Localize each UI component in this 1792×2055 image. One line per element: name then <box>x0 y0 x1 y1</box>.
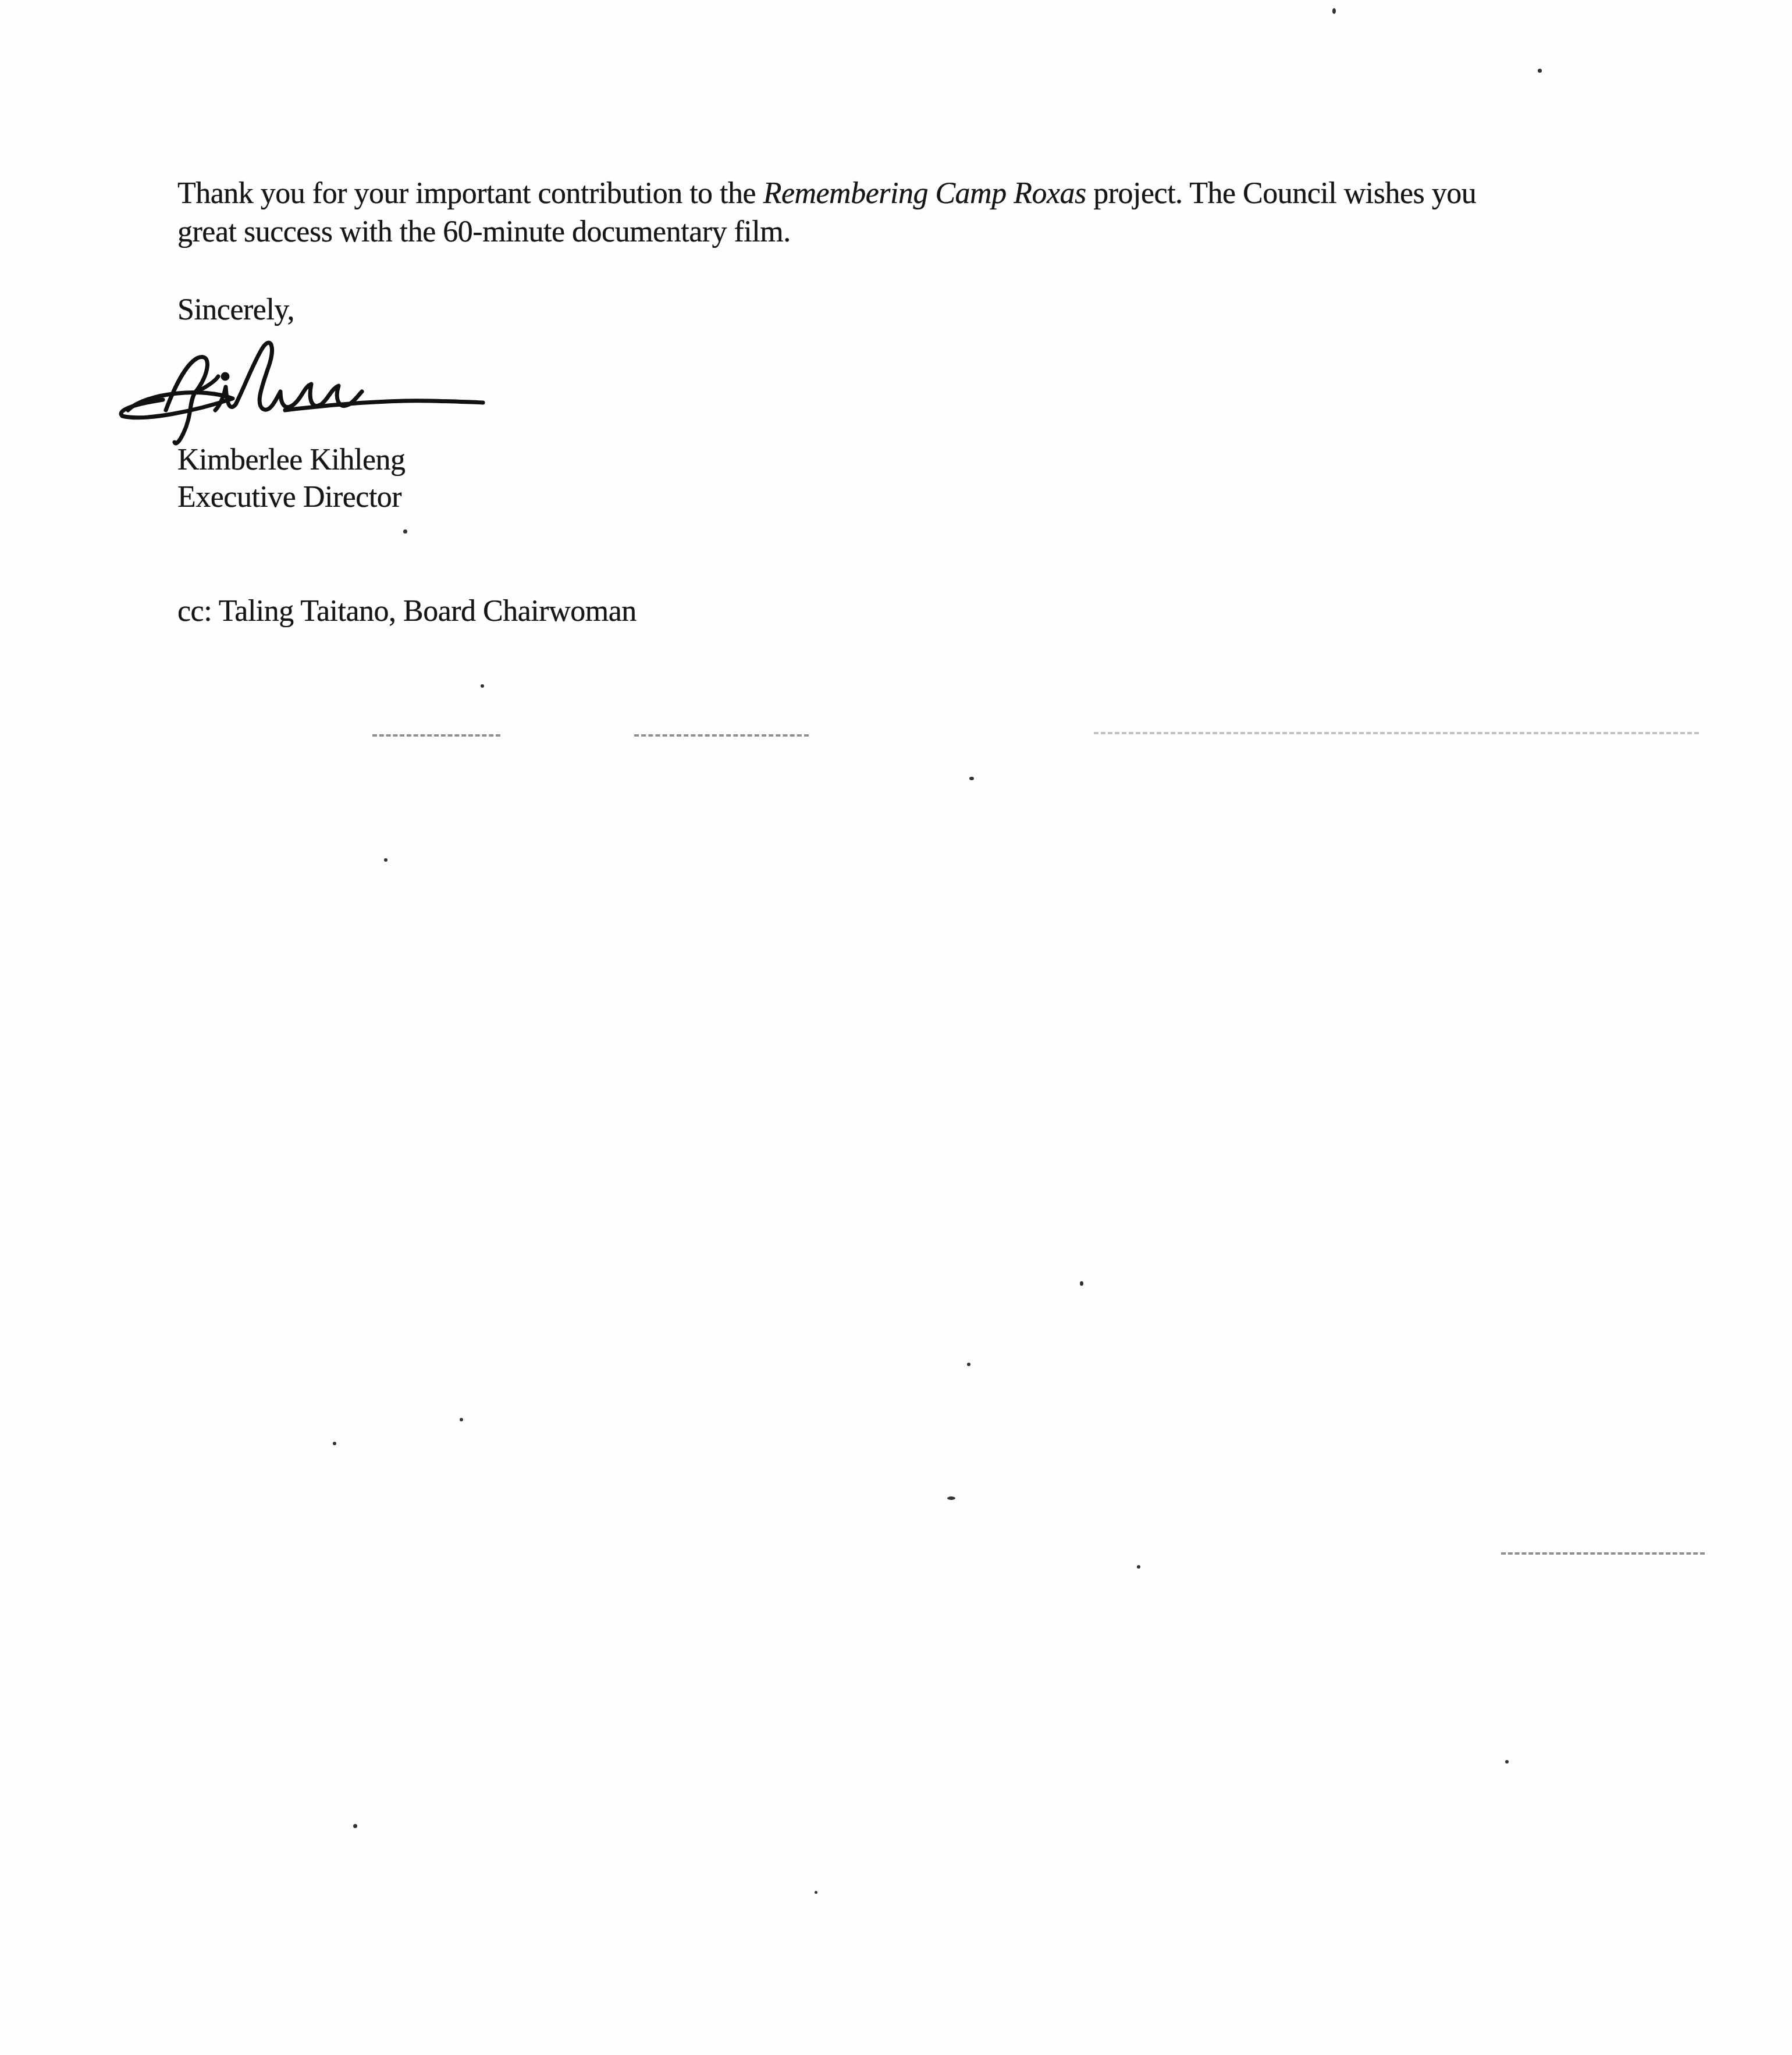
scan-speck <box>969 777 974 780</box>
scan-artifact <box>1501 1552 1705 1557</box>
scan-speck <box>1137 1565 1140 1569</box>
closing-paragraph: Thank you for your important contributio… <box>177 175 1516 251</box>
signer-name: Kimberlee Kihleng <box>177 441 405 479</box>
scan-speck <box>1080 1281 1083 1286</box>
scan-speck <box>384 858 387 862</box>
cc-line: cc: Taling Taitano, Board Chairwoman <box>177 592 637 631</box>
scan-speck <box>353 1824 357 1828</box>
scan-artifact <box>1094 732 1699 737</box>
scan-speck <box>333 1442 336 1445</box>
scan-speck <box>967 1363 970 1366</box>
letter-page: Thank you for your important contributio… <box>0 0 1792 2055</box>
scan-speck <box>815 1891 817 1894</box>
scan-artifact <box>634 734 809 739</box>
scan-speck <box>947 1496 955 1500</box>
signature-icon <box>111 323 495 451</box>
scan-speck <box>460 1418 463 1421</box>
scan-artifact <box>372 734 500 739</box>
paragraph-text-start: Thank you for your important contributio… <box>177 177 763 210</box>
scan-speck <box>403 529 407 534</box>
scan-speck <box>481 684 484 688</box>
scan-speck <box>1505 1760 1509 1764</box>
scan-speck <box>1332 8 1336 14</box>
project-title: Remembering Camp Roxas <box>763 177 1086 210</box>
signer-title: Executive Director <box>177 478 401 517</box>
scan-speck <box>1538 69 1542 73</box>
